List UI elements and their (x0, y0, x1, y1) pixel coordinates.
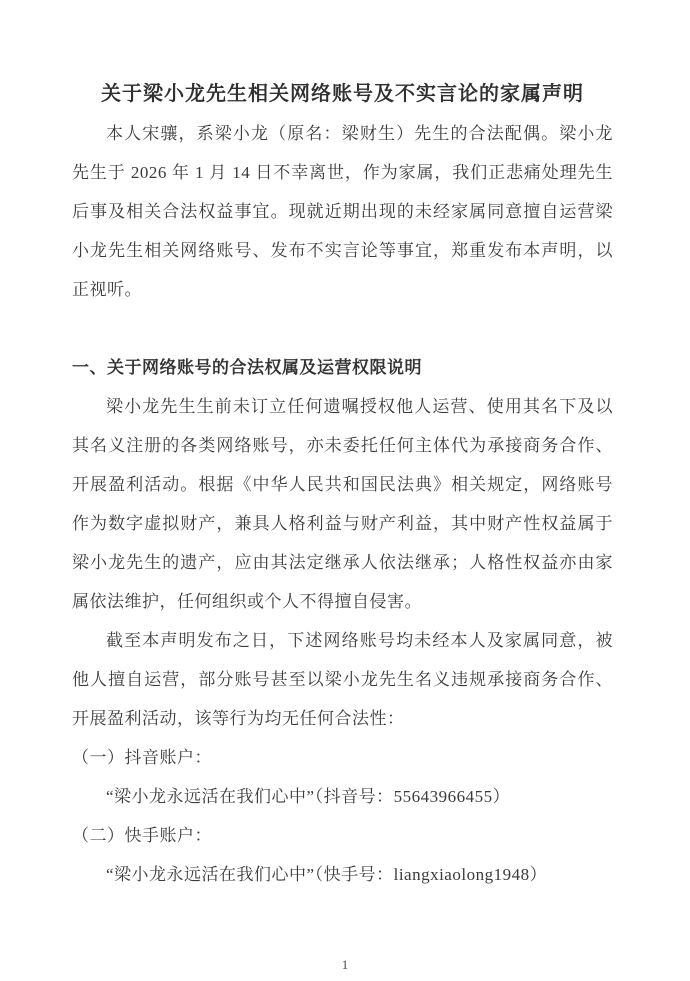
account-item-kuaishou: （二）快手账户： “梁小龙永远活在我们心中”（快手号：liangxiaolong… (72, 816, 613, 894)
text-line: 正视听。 (72, 270, 613, 309)
account-label-douyin: （一）抖音账户： (72, 738, 613, 777)
text-line: 本人宋骧，系梁小龙（原名：梁财生）先生的合法配偶。梁小龙 (72, 114, 613, 153)
account-name-kuaishou: “梁小龙永远活在我们心中”（快手号：liangxiaolong1948） (72, 855, 613, 894)
text-line: 截至本声明发布之日，下述网络账号均未经本人及家属同意，被 (72, 621, 613, 660)
text-line: 梁小龙先生生前未订立任何遗嘱授权他人运营、使用其名下及以 (72, 387, 613, 426)
text-line: 作为数字虚拟财产，兼具人格利益与财产利益，其中财产性权益属于 (72, 504, 613, 543)
section-1-paragraph-1: 梁小龙先生生前未订立任何遗嘱授权他人运营、使用其名下及以其名义注册的各类网络账号… (72, 387, 613, 621)
text-line: 梁小龙先生的遗产，应由其法定继承人依法继承；人格性权益亦由家 (72, 543, 613, 582)
account-list: （一）抖音账户： “梁小龙永远活在我们心中”（抖音号：55643966455） … (72, 738, 613, 894)
document-page: 关于梁小龙先生相关网络账号及不实言论的家属声明 本人宋骧，系梁小龙（原名：梁财生… (0, 0, 690, 981)
text-line: 小龙先生相关网络账号、发布不实言论等事宜，郑重发布本声明，以 (72, 231, 613, 270)
text-line: 其名义注册的各类网络账号，亦未委托任何主体代为承接商务合作、 (72, 426, 613, 465)
blank-line (72, 309, 613, 348)
page-number: 1 (0, 957, 690, 973)
document-title: 关于梁小龙先生相关网络账号及不实言论的家属声明 (72, 75, 613, 114)
text-line: 属依法维护，任何组织或个人不得擅自侵害。 (72, 582, 613, 621)
text-line: 他人擅自运营，部分账号甚至以梁小龙先生名义违规承接商务合作、 (72, 660, 613, 699)
account-name-douyin: “梁小龙永远活在我们心中”（抖音号：55643966455） (72, 777, 613, 816)
section-1-paragraph-2: 截至本声明发布之日，下述网络账号均未经本人及家属同意，被他人擅自运营，部分账号甚… (72, 621, 613, 738)
text-line: 后事及相关合法权益事宜。现就近期出现的未经家属同意擅自运营梁 (72, 192, 613, 231)
account-item-douyin: （一）抖音账户： “梁小龙永远活在我们心中”（抖音号：55643966455） (72, 738, 613, 816)
text-line: 开展盈利活动。根据《中华人民共和国民法典》相关规定，网络账号 (72, 465, 613, 504)
intro-paragraph: 本人宋骧，系梁小龙（原名：梁财生）先生的合法配偶。梁小龙先生于 2026 年 1… (72, 114, 613, 309)
text-line: 先生于 2026 年 1 月 14 日不幸离世，作为家属，我们正悲痛处理先生 (72, 153, 613, 192)
account-label-kuaishou: （二）快手账户： (72, 816, 613, 855)
text-line: 开展盈利活动，该等行为均无任何合法性： (72, 699, 613, 738)
section-1-heading: 一、关于网络账号的合法权属及运营权限说明 (72, 348, 613, 387)
